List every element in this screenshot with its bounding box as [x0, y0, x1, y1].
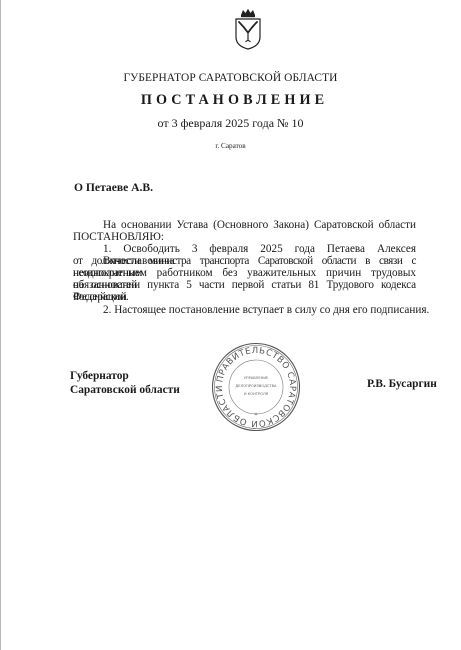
document-subject: О Петаеве А.В.: [74, 181, 153, 194]
document-type-title: ПОСТАНОВЛЕНИЕ: [0, 92, 461, 109]
document-place: г. Саратов: [0, 142, 461, 150]
document-page: ГУБЕРНАТОР САРАТОВСКОЙ ОБЛАСТИ ПОСТАНОВЛ…: [0, 0, 461, 650]
document-date-number: от 3 февраля 2025 года № 10: [0, 116, 461, 131]
body-text: На основании Устава (Основного Закона) С…: [103, 219, 416, 231]
stamp-star: *: [255, 412, 258, 419]
body-line-preamble: На основании Устава (Основного Закона) С…: [73, 219, 416, 231]
signatory-title-line: Саратовской области: [70, 384, 180, 398]
official-stamp: ПРАВИТЕЛЬСТВО САРАТОВСКОЙ ОБЛАСТИ * УПРА…: [211, 342, 301, 432]
signatory-title-line: Губернатор: [70, 370, 180, 384]
signatory-title: Губернатор Саратовской области: [70, 370, 180, 397]
stamp-inner-line: И КОНТРОЛЯ: [244, 392, 269, 396]
coat-of-arms-icon: [233, 8, 263, 50]
stamp-inner-line: УПРАВЛЕНИЕ: [244, 376, 269, 380]
body-line-item-1-end: Федерации.: [73, 291, 416, 303]
issuing-authority: ГУБЕРНАТОР САРАТОВСКОЙ ОБЛАСТИ: [0, 72, 461, 84]
stamp-inner-line: ДЕЛОПРОИЗВОДСТВА: [235, 384, 277, 388]
signatory-name: Р.В. Бусаргин: [367, 378, 437, 390]
body-text: 2. Настоящее постановление вступает в си…: [103, 304, 429, 316]
body-line-resolve: ПОСТАНОВЛЯЮ:: [73, 231, 416, 243]
body-line-item-2: 2. Настоящее постановление вступает в си…: [73, 304, 446, 316]
